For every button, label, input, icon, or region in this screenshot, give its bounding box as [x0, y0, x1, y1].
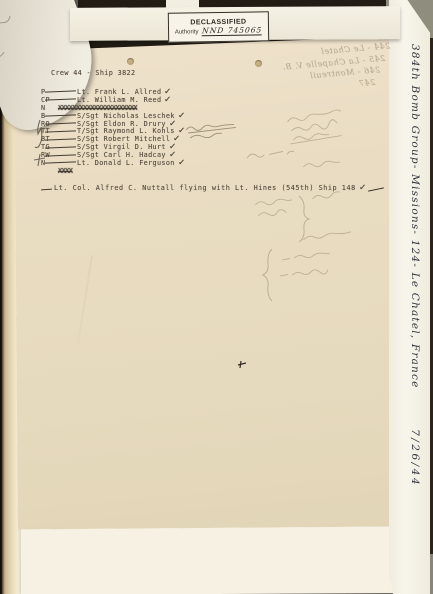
handwritten-margin-note: 384th Bomb Group- Missions- 124- Le Chat…: [406, 44, 421, 480]
pencil-dash-mark: [45, 122, 76, 124]
margin-note-date: 7/26/44: [409, 429, 421, 487]
pencil-dash-mark: [45, 114, 76, 116]
pencil-dash-mark: [41, 189, 52, 191]
crew-row: NLt. Donald L. Ferguson✓: [41, 159, 185, 167]
crew-name: S/Sgt Eldon R. Drury: [77, 120, 166, 128]
stamp-authority-label: Authority: [175, 29, 199, 35]
crew-row: BS/Sgt Nicholas Leschek✓: [41, 112, 185, 120]
crew-name-struck: XXXXXXXXXXXXXXXXXXXXXX: [58, 104, 137, 112]
crew-list: PLt. Frank L. Allred✓CPLt. William M. Re…: [41, 88, 185, 175]
crew-row: NXXXXXXXXXXXXXXXXXXXXXX: [41, 104, 185, 112]
replacement-note-text: Lt. Col. Alfred C. Nuttall flying with L…: [54, 184, 356, 192]
crew-row: TTT/Sgt Raymond L. Kohls✓: [41, 127, 185, 135]
crew-name: Lt. William M. Reed: [77, 96, 161, 104]
check-mark: ✓: [169, 152, 177, 159]
check-mark: ✓: [164, 97, 172, 104]
pencil-dash-mark: [368, 187, 384, 191]
declassified-stamp: DECLASSIFIED Authority NND 745065: [168, 11, 269, 42]
check-mark: ✓: [178, 160, 186, 167]
punch-hole: [127, 58, 134, 65]
crew-header: Crew 44 - Ship 3822: [51, 69, 135, 77]
crew-name: S/Sgt Nicholas Leschek: [77, 112, 175, 120]
check-mark: ✓: [178, 112, 186, 119]
check-mark: ✓: [169, 120, 177, 127]
crew-name: S/Sgt Virgil D. Hurt: [77, 143, 166, 151]
crew-name-struck: XXXX: [58, 167, 72, 175]
margin-note-text: 384th Bomb Group- Missions- 124- Le Chat…: [409, 44, 421, 389]
crew-name: Lt. Frank L. Allred: [77, 88, 161, 96]
crew-row: TGS/Sgt Virgil D. Hurt✓: [41, 143, 185, 151]
crew-row: CPLt. William M. Reed✓: [41, 96, 185, 104]
crew-name: S/Sgt Carl H. Hadcay: [77, 151, 166, 159]
crew-name: Lt. Donald L. Ferguson: [77, 159, 175, 167]
replacement-note: Lt. Col. Alfred C. Nuttall flying with L…: [41, 184, 384, 192]
crew-row: XXXX: [41, 167, 185, 175]
check-mark: ✓: [359, 185, 367, 192]
crew-name: T/Sgt Raymond L. Kohls: [77, 127, 175, 135]
crew-row: RWS/Sgt Carl H. Hadcay✓: [41, 151, 185, 159]
crew-name: S/Sgt Robert Mitchell: [77, 135, 170, 143]
stamp-authority-line: Authority NND 745065: [175, 26, 263, 36]
crew-row: BTS/Sgt Robert Mitchell✓: [41, 135, 185, 143]
crew-row: ROS/Sgt Eldon R. Drury✓: [41, 120, 185, 128]
crew-position-code: N: [41, 104, 54, 112]
pencil-dash-mark: [45, 130, 76, 132]
stamp-authority-value: NND 745065: [202, 26, 263, 36]
